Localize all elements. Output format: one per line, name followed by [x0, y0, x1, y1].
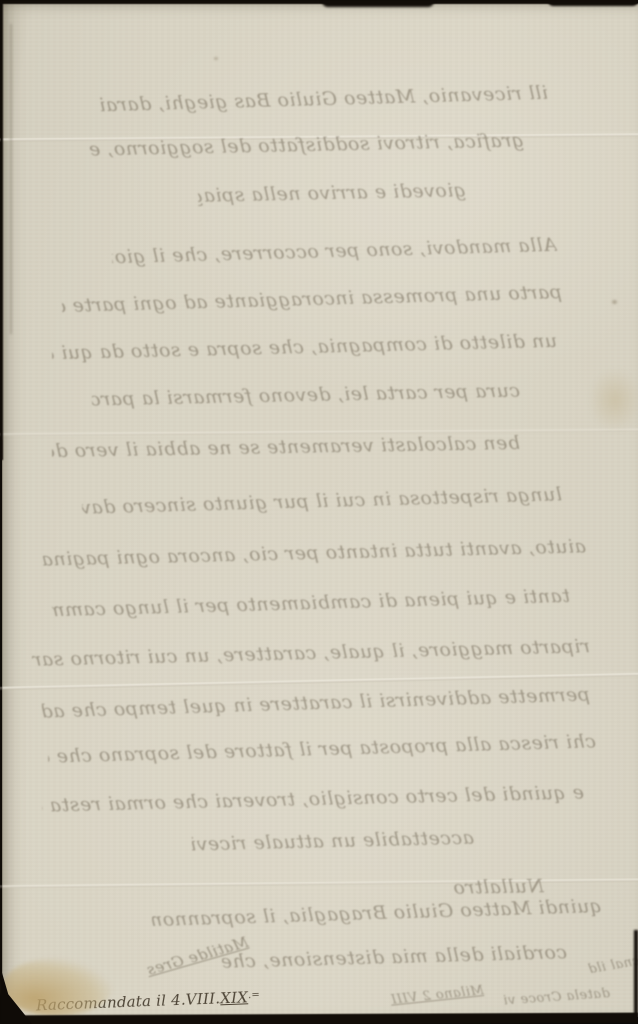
scan-edge-left	[0, 0, 3, 460]
annotation-underlined-date: XIX	[220, 988, 249, 1007]
scan-edge-top-blob	[548, 0, 638, 6]
scan-edge-bottom	[0, 1013, 638, 1024]
scan-edge-right	[634, 930, 638, 1024]
scan-edge-left	[0, 440, 2, 980]
fold-shadow	[10, 24, 12, 334]
bleedthrough-line: Nullaltro.	[452, 875, 544, 899]
scan-edge-top	[0, 0, 638, 4]
annotation-suffix: .=	[248, 990, 260, 1001]
scan-edge-top-blob	[322, 0, 434, 7]
scanned-document: ill ricevanio, Matteo Giulio Bas gieghi,…	[0, 0, 638, 1024]
